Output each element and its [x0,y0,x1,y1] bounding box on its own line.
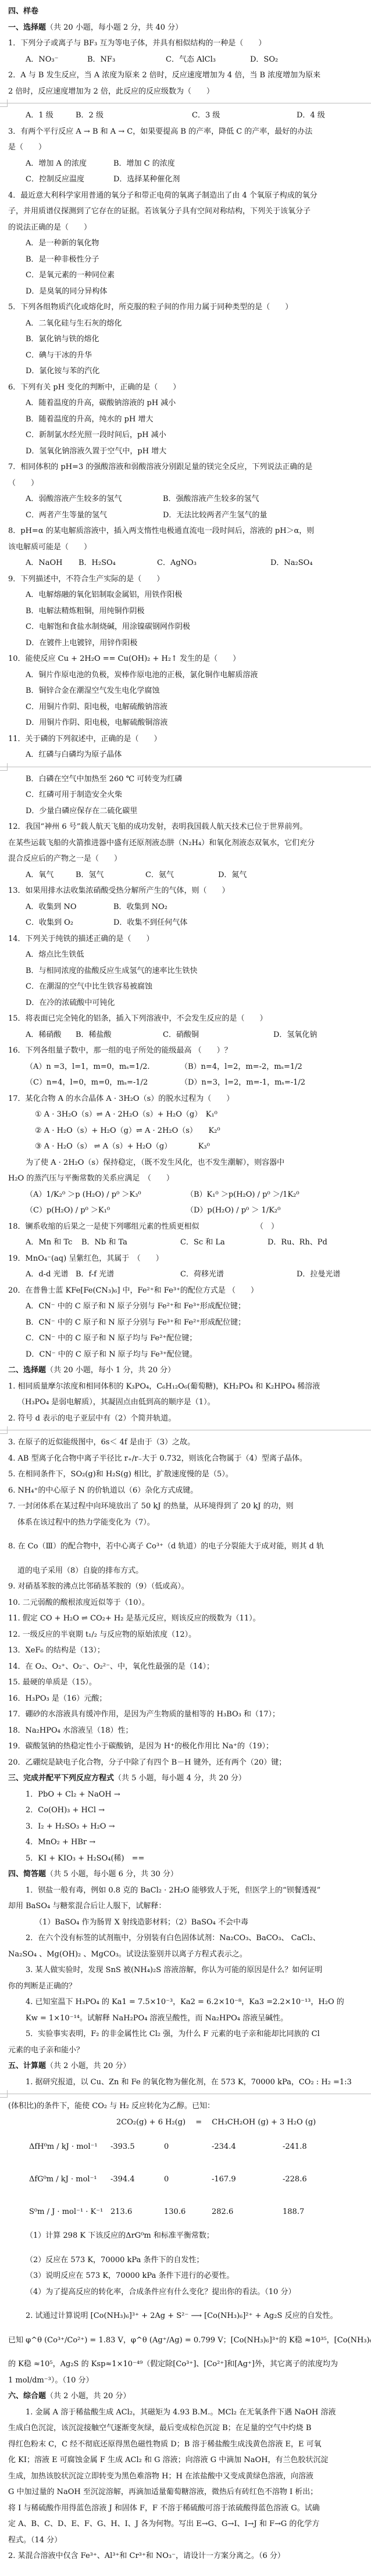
section-2-note: （共 20 小题，每小 1 分，共 20 分） [46,1366,175,1375]
fill-blank-line: 8. 在 Co（Ⅲ）的配合物中，若中心离子 Co³⁺（d 轨道）的电子分裂能大于… [0,1539,371,1555]
composite-line: 将 I 与稀硫酸作用得蓝色溶液 J 和固体 F，F 不溶于稀硫酸可溶于浓硫酸得蓝… [0,2500,371,2517]
answer-option: A．弱酸溶液产生较多的氢气 [26,495,122,503]
answer-option-row: A．红磷与白磷均为原子晶体 [0,747,371,763]
answer-option-row: A．氧气B．氢气C．氨气D．氮气 [0,867,371,883]
answer-option: B．氢气 [76,867,104,883]
answer-option: B．f-f 光谱 [76,1266,114,1283]
section-1-heading: 一、选择题 [8,23,46,32]
reaction-line: ② A · H₂O（s）+ H₂O（g）⇌ A · 2H₂O（s） K₂⁰ [0,1123,371,1139]
answer-option: C．收集到 O₂ [26,918,73,927]
section-3-heading: 三、完成并配平下列反应方程式 [8,1774,114,1783]
thermo-value: 188.7 [279,2195,344,2228]
answer-option-row: D．在镀件上电镀锌，用锌作阳极 [0,635,371,652]
short-answer-line: 4. 已知室温下 H₃PO₄ 的 Ka1 = 7.5×10⁻³，Ka2 = 6.… [0,1994,371,2010]
question-stem: 15．将表面已完全钝化的铝条，插入下列溶液中，不会发生反应的是（ ） [0,1011,371,1027]
page-break [0,763,371,771]
composite-line: 化 KI；溶液 E 可腐蚀金属 F 生成 ACl₂ 和 G 溶液；向溶液 G 中… [0,2452,371,2468]
short-answer-line: 元素的电子亲和能小？ [0,2042,371,2059]
answer-option: A．1 级 [26,111,53,120]
question-stem: H₂O 的蒸汽压与平衡常数的关系应满足 （ ） [0,1171,371,1187]
fill-blank-line: 17．硼砂的水溶液具有缓冲作用，是因为产生物质的量相等的 H₃BO₃ 和（17）… [0,1706,371,1723]
fill-blank-line: 18．Na₂HPO₄ 水溶液呈（18）性； [0,1723,371,1739]
answer-option: D．拉曼光谱 [297,1266,340,1283]
fill-blank-line: 7. 一封闭体系在某过程中向环境放出了 50 kJ 的热量，从环境得到了 20 … [0,1498,371,1515]
answer-option: D．氢氧化钠 [273,1027,317,1043]
fill-blank-line: 16．H₃PO₃ 是（16）元酸； [0,1691,371,1707]
answer-option-row: A．铜片作原电池的负极，炭棒作原电池的正极，氯化铜作电解质溶液 [0,667,371,684]
short-answer-line: 5．实验事实表明，F₂ 的非金属性比 Cl₂ 强，为什么 F 元素的电子亲和能却… [0,2026,371,2042]
question-stem: 17．某化合物 A 的水合晶体 A · 3H₂O（s）的脱水过程为（ ） [0,1091,371,1107]
section-6-note: （共 2 小题，共 20 分） [46,2392,130,2400]
answer-option-row: C．电解饱和食盐水制烧碱，用涂镍碳钢网作阴极 [0,619,371,635]
section-6-heading: 六、综合题 [8,2392,46,2400]
answer-option: （A）1/K₂⁰ ＞p (H₂O) / p⁰ ＞K₃⁰ [26,1190,141,1199]
answer-option: B．增加 C 的浓度 [113,156,175,172]
fill-blank-line: 11. 假定 CO + H₂O ⇌ CO₂+ H₂ 是基元反应，则该反应的级数为… [0,1611,371,1627]
thermo-row: ΔfG⁰m / kJ · mol⁻¹-394.40-167.9-228.6 [26,2163,344,2195]
thermo-value: -167.9 [208,2163,279,2195]
answer-option-row: A．是一种新的氧化物 [0,235,371,252]
fill-blank-line: 道的电子采用（8）自旋的排布方式。 [0,1563,371,1579]
answer-option-row: A．Mn 和 TcB．Nb 和 TaC．Sc 和 LaD．Ru、Rh、Pd [0,1235,371,1251]
question-stem: 5．下列各组物质汽化或熔化时，所克服的粒子间的作用力属于同种类型的是（ ） [0,299,371,316]
answer-option: C．AgNO₃ [157,555,197,571]
answer-option-row: B．CN⁻ 中的 C 原子和 N 原子分别与 Fe³⁺和 Fe²⁺形成配位键； [0,1315,371,1331]
answer-option: A．NaOH [26,559,63,567]
answer-option-row: C．收集到 O₂D．收集不到任何气体 [0,915,371,931]
answer-option-row: A．稀硝酸B．稀盐酸C．硝酸铜D．氢氧化钠 [0,1027,371,1043]
answer-option-row: A．增加 A 的浓度B．增加 C 的浓度 [0,156,371,172]
question-stem: 3．有两个平行反应 A → B 和 A → C，如果要提高 B 的产率，降低 C… [0,124,371,140]
question-stem: 为了使 A · 2H₂O（s）保持稳定，（既不发生风化，也不发生潮解），则容器中 [0,1155,371,1171]
calc-subquestion: （4）为了提高反应的转化率，合成条件应有什么变化？提出你的看法。（10 分） [0,2284,371,2300]
answer-option: C．两者产生等量的氢气 [26,511,107,520]
exam-document: 四、样卷 一、选择题（共 20 小题，每小题 2 分，共 40 分） 1．下列分… [0,0,371,2576]
fill-blank-line: 4. AB 型离子化合物中离子半径比 r₊/r₋大于 0.732，则该化合物属于… [0,1451,371,1467]
answer-option-row: C．红磷可用于制造安全火柴 [0,787,371,803]
thermo-value: 282.6 [208,2195,279,2228]
answer-option: D．收集不到任何气体 [113,915,187,931]
thermo-row: ΔfH⁰m / kJ · mol⁻¹-393.50-234.4-241.8 [26,2130,344,2163]
answer-option-row: B．铜锌合金在潮湿空气发生电化学腐蚀 [0,683,371,699]
short-answer-line: 3. 某人做实验时，发现 SnS 被(NH₄)₂S 溶液溶解，你认为可能的原因是… [0,1962,371,1978]
answer-option-row: B．与相同浓度的盐酸反应生成氢气的速率比生铁快 [0,963,371,979]
answer-option: D．选择某种催化剂 [113,171,180,188]
answer-option: B．H₂SO₄ [79,555,116,571]
answer-option-row: C．两者产生等量的氢气D．无法比较两者产生氢气的量 [0,507,371,524]
fill-blank-line: （H₃PO₄ 是弱电解质），其凝固点由低到高的顺序是（1）。 [0,1394,371,1411]
fill-blank-line: 12. 一级反应的半衰期 t₁/₂ 与反应物的原始浓度（12）。 [0,1627,371,1643]
answer-option-row: A．1 级B．2 级C．3 级D．4 级 [0,108,371,124]
answer-option-row: D．少量白磷应保存在二硫化碳里 [0,803,371,820]
thermo-data-table: ΔfH⁰m / kJ · mol⁻¹-393.50-234.4-241.8ΔfG… [26,2130,344,2228]
calc-q2-line: 2. 试通过计算说明 [Co(NH₃)₆]³⁺ + 2Ag + S²⁻ ⟶ [C… [0,2308,371,2324]
answer-option: C．气态 AlCl₃ [166,52,216,68]
answer-option: B．稀盐酸 [76,1027,112,1043]
question-stem: （ ） [0,475,371,492]
answer-option-row: C．CN⁻ 中的 C 原子和 N 原子均与 Fe²⁺配位键； [0,1330,371,1347]
answer-option-row: B．氯化钠与铁的熔化 [0,331,371,348]
calc-q2-line: 的 K稳 ≈10⁵，Ag₂S 的 Ksp≈1×10⁻⁴⁹（假定除[Co³⁺]、[… [0,2356,371,2373]
composite-line: 生成，加热该胶状沉淀立即转变为黑色难溶物 H；H 在浓盐酸中又变成黄绿色溶液，向… [0,2468,371,2485]
thermo-label: S⁰m / J · mol⁻¹ · K⁻¹ [26,2195,107,2228]
page-break [0,2090,371,2098]
question-stem: 11．关于磷的下列叙述中，正确的是（ ） [0,731,371,747]
section-5-note: （共 2 小题，共 20 分） [46,2062,130,2070]
calc-q1-line: 1. 据研究报道，以 Cu、Zn 和 Fe 的氧化物为催化剂，在 573 K，7… [0,2074,371,2091]
answer-option-row: A．随着温度的升高，碳酸钠溶液的 pH 减小 [0,395,371,412]
answer-option-row: D．在冷的浓硫酸中可钝化 [0,995,371,1011]
fill-blank-line: 14．在 O₂、O₂⁺、O₂⁻、O₂²⁻、中，氧化性最强的是（14）； [0,1659,371,1675]
thermo-value: 213.6 [107,2195,160,2228]
fill-blank-line: 15. 最硬的单质是（15）。 [0,1675,371,1691]
page-break [0,1426,371,1434]
answer-option-row: A．电解熔融的氧化铝制取金属铝，用铁作阳极 [0,587,371,603]
question-stem: 的说法正确的是（ ） [0,220,371,236]
equation-item: 5．KI + KIO₃ + H₂SO₄(稀) == [0,1851,371,1867]
question-stem: 1．下列分子或离子与 BF₃ 互为等电子体，并具有相似结构的一种是（ ） [0,35,371,52]
answer-option: （B）K₁⁰ ＞p(H₂O) / p⁰ ＞/1K₂⁰ [186,1187,299,1203]
composite-line: 定 A、B、C、D、E、F、G、H、I、J 各为何物。写出 E→G、G→I、I→… [0,2516,371,2532]
thermo-row: S⁰m / J · mol⁻¹ · K⁻¹213.6130.6282.6188.… [26,2195,344,2228]
question-stem: 12．我国“神州 6 号”载人航天飞船的成功发射，表明我国载人航天技术已位于世界… [0,819,371,835]
answer-option: （C）p(H₂O) / p⁰ ＞K₁⁰ [26,1206,110,1215]
question-stem: 2 倍时，反应速度增加为 2 倍，此反应的反应级数为（ ） [0,84,371,100]
answer-option-row: C．用铜片作阴、阳电极，电解硫酸钠溶液 [0,699,371,715]
answer-option: D．氮气 [218,867,247,883]
fill-blank-line: 19．碳酸氢钠的热稳定性小于碳酸钠，是因为 H⁺的极化作用比 Na⁺的（19）； [0,1738,371,1755]
question-stem: 9．下列描述中，不符合生产实际的是（ ） [0,571,371,588]
question-stem: 13．如果用排水法收集浓硝酸受热分解所产生的气体，则（ ） [0,883,371,899]
thermo-value: -241.8 [279,2130,344,2163]
section-4-heading: 四、简答题 [8,1870,46,1879]
section-3-note: （共 5 小题，每小题 4 分，共 20 分） [114,1774,246,1783]
fill-blank-line: 9. 对硝基苯胺的沸点比邻硝基苯胺的（9）（低或高）。 [0,1579,371,1595]
composite-line: 程式。（14 分） [0,2532,371,2549]
question-stem: 14．下列关于纯铁的描述正确的是（ ） [0,931,371,947]
composite-line: 1. 金属 A 溶于稀盐酸生成 ACl₂，其磁矩为 4.93 B.M.。MCl₂… [0,2405,371,2421]
answer-option-row: （C）p(H₂O) / p⁰ ＞K₁⁰（D）p(H₂O) / p⁰ ＞ 1/K₂… [0,1203,371,1219]
fill-blank-line: 20．乙硼烷是缺电子化合物，分子中除了有四个 B－H 键外，还有两个（20）键； [0,1755,371,1771]
calc-subquestion: （3）说明反应在 573 K，70000 kPa 条件下进行的必要性。 [0,2268,371,2284]
answer-option-row: A．d-d 光谱B．f-f 光谱C．荷移光谱D．拉曼光谱 [0,1266,371,1283]
answer-option-row: C．新制氯水经光照一段时间后，pH 减小 [0,427,371,443]
thermo-value: 0 [160,2163,208,2195]
question-stem: 子，并用质谱仪探测到了它存在的证据。若该氧分子具有空间对称结构，下列关于该氧分子 [0,203,371,220]
calc-q2-line: 1 mol/dm⁻³）。（10 分） [0,2373,371,2389]
equation-item: 2．Co(OH)₃ + HCl → [0,1802,371,1819]
answer-option-row: （A）1/K₂⁰ ＞p (H₂O) / p⁰ ＞K₃⁰（B）K₁⁰ ＞p(H₂O… [0,1187,371,1203]
answer-option: （D）n=3，l=2，m=-1，mₛ=-1/2 [180,1075,305,1091]
calc-equation: 2CO₂(g) + 6 H₂(g) = CH₃CH₂OH (g) + 3 H₂O… [0,2115,371,2131]
answer-option: D．Ru、Rh、Pd [267,1235,327,1251]
question-stem: 16．下列各组量子数中，那一组的电子所处的能级最高 （ ）？ [0,1043,371,1059]
reaction-line: ③ A · H₂O（s） ⇌ A（s）+ H₂O（g） K₃⁰ [0,1139,371,1155]
answer-option-row: D．氢氧化钠溶液久置于空气中，pH 增大 [0,443,371,460]
answer-option-row: C．在潮湿的空气中比生铁容易被腐蚀 [0,979,371,995]
answer-option-row: C．控制反应温度D．选择某种催化剂 [0,171,371,188]
answer-option: A．氧气 [26,871,53,879]
equation-item: 4．MnO₂ + HBr → [0,1834,371,1851]
answer-option-row: A．熔点比生铁低 [0,947,371,963]
section-3-equations: 1．PbO + Cl₂ + NaOH →2．Co(OH)₃ + HCl →3．I… [0,1787,371,1867]
thermo-label: ΔfH⁰m / kJ · mol⁻¹ [26,2130,107,2163]
composite-line: 得红色粉末 C，C 经不彻底还原得黑色磁性物质 D；B 溶于稀盐酸生成浅黄色溶液… [0,2437,371,2453]
answer-option: B．Nb 和 Ta [81,1235,127,1251]
fill-blank-line: 2. 符号 d 表示的电子亚层中有（2）个简并轨道。 [0,1411,371,1427]
question-stem: 7．相同体积的 pH=3 的强酸溶液和弱酸溶液分别跟足量的镁完全反应，下列说法正… [0,459,371,475]
answer-option-row: D．用铜片作阴、阳电极，电解硫酸铜溶液 [0,715,371,731]
section-2-questions: 1. 相同质量摩尔浓度和相同体积的 K₃PO₄，C₆H₁₂O₆(葡萄糖)，KH₂… [0,1379,371,1771]
section-6-questions: 1. 金属 A 溶于稀盐酸生成 ACl₂，其磁矩为 4.93 B.M.。MCl₂… [0,2405,371,2564]
answer-option: （A）n =3，l=1，m=0，mₛ=1/2. [26,1062,150,1071]
fill-blank-line: 3. 在原子的近似能级图中，6s＜ 4f 是由于（3）之故。 [0,1434,371,1451]
thermo-value: -228.6 [279,2163,344,2195]
answer-option: B．强酸溶液产生较多的氢气 [163,491,259,507]
short-answer-line: 2．在六个没有标签的试剂瓶中，分别装有白色固体试剂：Na₂CO₃、BaCO₃、 … [0,1930,371,1947]
question-stem: 4．最近意大利科学家用普通的氧分子和带正电荷的氧离子制造出了由 4 个氧原子构成… [0,188,371,204]
short-answer-line: 却用 BaSO₄ 与糖浆混合后让人服下，试解释： [0,1898,371,1915]
answer-option: C．3 级 [192,108,220,124]
answer-option-row: B．白磷在空气中加热至 260 ℃ 可转变为红磷 [0,771,371,788]
question-stem: 混合反应后的产物之一是（ ） [0,851,371,867]
composite-line: 生成白色沉淀，该沉淀接触空气逐渐变灰绿，最后变成棕色沉淀 B；在足量的空气中灼烧… [0,2420,371,2437]
thermo-value: 130.6 [160,2195,208,2228]
answer-option-row: D．氯化铵与苯的汽化 [0,363,371,380]
answer-option: A．稀硝酸 [26,1031,61,1039]
answer-option: （B）n=4，l=2，m=-2，mₛ=1/2 [180,1059,302,1075]
answer-option-row: C．是氧元素的一种同位素 [0,267,371,284]
calc-q2-line: 已知 φ^θ (Co³⁺/Co²⁺) = 1.83 V，φ^θ (Ag⁺/Ag)… [0,2332,371,2349]
fill-blank-line: 5. 在相同条件下，SO₂(g)和 H₂S(g) 相比，扩散速度慢的是（5）。 [0,1466,371,1483]
short-answer-line: Kw = 1×10⁻¹⁴。试解释 NaH₂PO₄ 溶液呈酸性，而 Na₂HPO₄… [0,2010,371,2027]
fill-blank-line: 体系在该过程中的热力学能变化为（7）。 [0,1515,371,1531]
answer-option-row: A．NO₃⁻B．NF₃C．气态 AlCl₃D．SO₂ [0,52,371,68]
answer-option-row: A．弱酸溶液产生较多的氢气B．强酸溶液产生较多的氢气 [0,491,371,507]
calc-q1-line: (体积比)的条件下，能使 CO₂ 与 H₂ 反应转化为乙醇。已知： [0,2098,371,2115]
answer-option: D．Na₂SO₄ [270,555,313,571]
answer-option: A．Mn 和 Tc [26,1238,72,1247]
fill-blank-line: 10. 二元弱酸的酸根浓度近似等于（10）。 [0,1595,371,1611]
question-stem: 在某些运载飞船的火箭推进器中盛有还原剂液态肼（N₂H₄）和氧化剂液态双氧水，它们… [0,835,371,851]
section-2-heading: 二、选择题 [8,1366,46,1375]
fill-blank-line: 13．XeF₆ 的结构是（13）； [0,1643,371,1659]
answer-option-row: A．NaOHB．H₂SO₄C．AgNO₃D．Na₂SO₄ [0,555,371,571]
question-stem: 6．下列有关 pH 变化的判断中，正确的是（ ） [0,380,371,396]
equation-item: 1．PbO + Cl₂ + NaOH → [0,1787,371,1803]
page-break [0,99,371,108]
answer-option-row: B．电解法精炼粗铜，用纯铜作阴极 [0,603,371,620]
section-5-heading: 五、计算题 [8,2062,46,2070]
answer-option: B．NF₃ [87,52,115,68]
question-stem: 19．MnO₄⁻(aq) 呈紫红色，其属于 （ ） [0,1251,371,1267]
thermo-value: 0 [160,2130,208,2163]
answer-option-row: B．随着温度的升高，纯水的 pH 增大 [0,412,371,428]
answer-option: C．Sc 和 La [180,1235,225,1251]
answer-option: B．2 级 [76,108,104,124]
answer-option: D．SO₂ [250,52,278,68]
answer-option: （C）n=4，l=0，m=0，mₛ=-1/2 [26,1078,148,1087]
answer-option: D．4 级 [297,108,325,124]
reaction-line: ① A · 3H₂O（s）⇌ A · 2H₂O（s）+ H₂O（g） K₁⁰ [0,1107,371,1123]
question-stem: 10．能使反应 Cu + 2H₂O == Cu(OH)₂ + H₂↑ 发生的是（… [0,651,371,667]
answer-option-row: A．收集到 NOB．收集到 NO₂ [0,899,371,915]
answer-option-row: （C）n=4，l=0，m=0，mₛ=-1/2（D）n=3，l=2，m=-1，mₛ… [0,1075,371,1091]
answer-option: C．控制反应温度 [26,175,84,184]
page-title: 四、样卷 [0,3,371,20]
question-stem: 8．pH=α 的某电解质溶液中，插入两支惰性电极通直流电一段时间后，溶液的 pH… [0,523,371,539]
equation-item: 3．I₂ + H₂SO₃ + H₂O → [0,1819,371,1835]
calc-subquestion: （2）反应在 573 K，70000 kPa 条件下的自发性； [0,2252,371,2269]
answer-option: A．收集到 NO [26,903,77,911]
answer-option-row: A．CN⁻ 中的 C 原子和 N 原子分别与 Fe²⁺和 Fe³⁺形成配位键； [0,1298,371,1315]
fill-blank-line: 6. NH₄⁺的中心原子 N 的价轨道以（6）杂化方式成键。 [0,1483,371,1499]
thermo-value: -394.4 [107,2163,160,2195]
section-1-note: （共 20 小题，每小题 2 分，共 40 分） [46,23,183,32]
composite-line: 2. 某混合溶液中仅含 Fe³⁺、Al³⁺和 Cr³⁺和 NO₃⁻，请设计一方案… [0,2548,371,2564]
answer-option-row: （A）n =3，l=1，m=0，mₛ=1/2.（B）n=4，l=2，m=-2，m… [0,1059,371,1075]
answer-option-row: A．二氧化硅与生石灰的熔化 [0,316,371,332]
section-4-questions: 1．钡盐一般有毒，例如 0.8 克的 BaCl₂ · 2H₂O 能够致人于死，但… [0,1883,371,2059]
answer-option-row: B．是一种非极性分子 [0,252,371,268]
thermo-value: -393.5 [107,2130,160,2163]
answer-option: A．NO₃⁻ [26,55,59,64]
thermo-label: ΔfG⁰m / kJ · mol⁻¹ [26,2163,107,2195]
question-stem: 20．在普鲁士蓝 KFe[Fe(CN₃)₆] 中，Fe²⁺和 Fe³⁺的配位方式… [0,1283,371,1299]
question-stem: 是（ ） [0,139,371,156]
section-1-questions: 1．下列分子或离子与 BF₃ 互为等电子体，并具有相似结构的一种是（ ）A．NO… [0,35,371,1362]
answer-option: D．无法比较两者产生氢气的量 [163,507,267,524]
short-answer-line: （1）BaSO₄ 作为肠胃 X 射线造影材料；（2）BaSO₄ 不会中毒 [0,1915,371,1931]
short-answer-line: Na₂SO₄ 、Mg(OH)₂ 、MgCO₃。试设法鉴别并以离子方程式表示之。 [0,1947,371,1963]
question-stem: 18．镧系收缩的后果之一是使下列哪组元素的性质更相似 （ ） [0,1219,371,1235]
answer-option: （D）p(H₂O) / p⁰ ＞ 1/K₂⁰ [186,1203,280,1219]
answer-option: B．收集到 NO₂ [113,899,167,915]
calc-subquestion: （1）计算 298 K 下该反应的ΔrG⁰m 和标准平衡常数； [0,2228,371,2244]
answer-option: C．硝酸铜 [163,1027,199,1043]
answer-option: A．增加 A 的浓度 [26,159,87,168]
question-stem: 该电解质可能是（ ） [0,539,371,556]
thermo-value: -234.4 [208,2130,279,2163]
fill-blank-line: 1. 相同质量摩尔浓度和相同体积的 K₃PO₄，C₆H₁₂O₆(葡萄糖)，KH₂… [0,1379,371,1395]
short-answer-line: 1．钡盐一般有毒，例如 0.8 克的 BaCl₂ · 2H₂O 能够致人于死，但… [0,1883,371,1899]
answer-option: A．d-d 光谱 [26,1270,69,1279]
calc-q1-parts: （1）计算 298 K 下该反应的ΔrG⁰m 和标准平衡常数；（2）反应在 57… [0,2228,371,2300]
answer-option-row: D．CN⁻ 中的 C 原子和 N 原子均与 Fe³⁺配位键。 [0,1347,371,1363]
answer-option-row: D．是臭氧的同分异构体 [0,284,371,300]
answer-option-row: C．碘与干冰的升华 [0,348,371,364]
answer-option: C．氨气 [145,867,174,883]
composite-line: G 中加过量的 NaOH 至沉淀溶解，再滴加适量葡萄糖溶液，微热后有砖红色不溶物… [0,2484,371,2500]
short-answer-line: 你的判断是正确的？ [0,1978,371,1995]
question-stem: 2．A 与 B 发生反应，当 A 浓度为原来 2 倍时，反应速度增加为 4 倍，… [0,67,371,84]
section-4-note: （共 5 小题，每小题 6 分，共 30 分） [46,1870,178,1879]
answer-option: C．荷移光谱 [180,1266,224,1283]
